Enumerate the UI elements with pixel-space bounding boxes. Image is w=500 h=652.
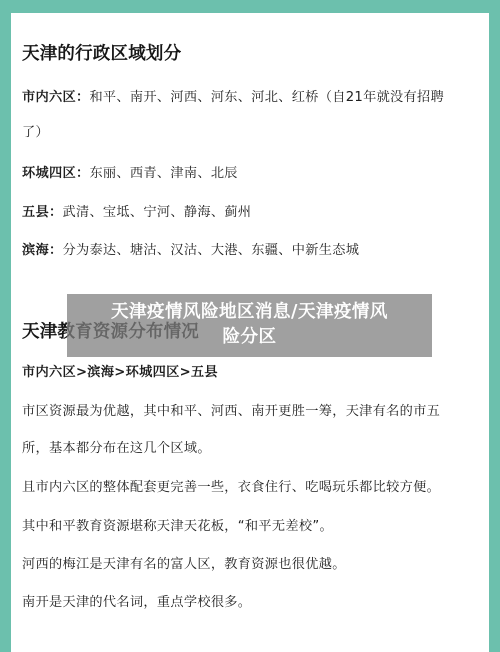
row-five-counties: 五县：武清、宝坻、宁河、静海、蓟州	[22, 201, 475, 220]
row-text: 了）	[22, 125, 49, 140]
paragraph: 其中和平教育资源堪称天津天花板，“和平无差校”。	[22, 515, 475, 534]
row-suburban-four-districts: 环城四区：东丽、西青、津南、北辰	[22, 162, 475, 181]
overlay-line-1: 天津疫情风险地区消息/天津疫情风	[67, 300, 432, 325]
row-label: 五县：	[22, 205, 62, 220]
paragraph: 南开是天津的代名词，重点学校很多。	[22, 591, 475, 610]
paragraph: 且市内六区的整体配套更完善一些，衣食住行、吃喝玩乐都比较方便。	[22, 476, 475, 495]
row-text: 武清、宝坻、宁河、静海、蓟州	[62, 205, 251, 220]
row-label: 环城四区：	[22, 166, 89, 181]
row-label: 滨海：	[22, 243, 62, 258]
row-text: 东丽、西青、津南、北辰	[89, 166, 237, 181]
paragraph: 所，基本都分布在这几个区域。	[22, 437, 475, 456]
education-ranking: 市内六区>滨海>环城四区>五县	[22, 361, 475, 380]
paragraph: 河西的梅江是天津有名的富人区，教育资源也很优越。	[22, 553, 475, 572]
row-text: 和平、南开、河西、河东、河北、红桥（自21年就没有招聘	[89, 90, 444, 105]
row-continuation: 了）	[22, 121, 475, 140]
row-label: 市内六区：	[22, 90, 89, 105]
section-title-admin-divisions: 天津的行政区域划分	[22, 40, 475, 65]
overlay-line-2: 险分区	[67, 325, 432, 350]
row-text: 分为泰达、塘沽、汉沽、大港、东疆、中新生态城	[62, 243, 359, 258]
row-binhai: 滨海：分为泰达、塘沽、汉沽、大港、东疆、中新生态城	[22, 239, 475, 258]
paragraph: 市区资源最为优越，其中和平、河西、南开更胜一筹，天津有名的市五	[22, 400, 475, 419]
row-inner-six-districts: 市内六区：和平、南开、河西、河东、河北、红桥（自21年就没有招聘	[22, 86, 475, 105]
title-overlay-banner: 天津疫情风险地区消息/天津疫情风 险分区	[67, 294, 432, 357]
